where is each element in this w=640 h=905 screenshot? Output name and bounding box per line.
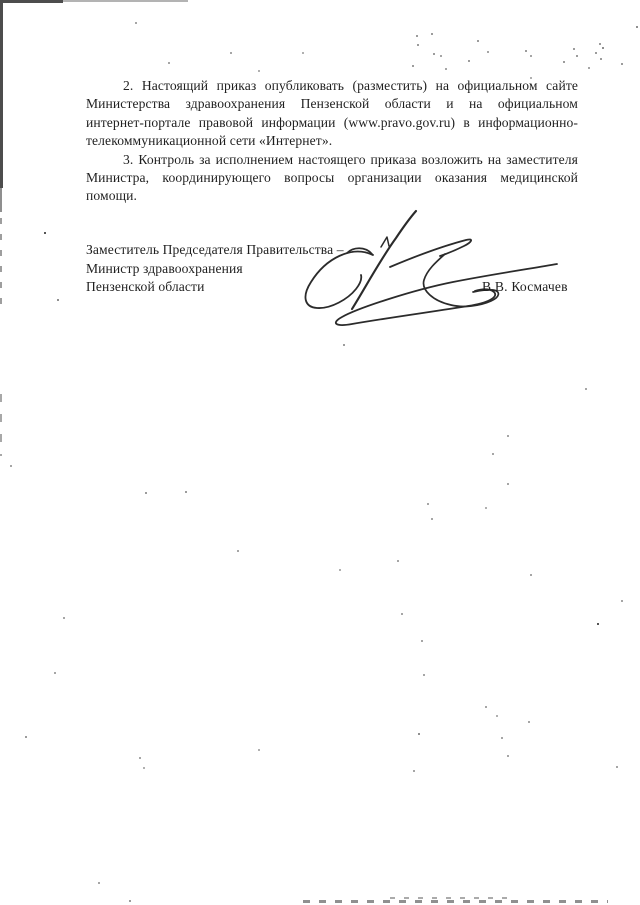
- text-line: телекоммуникационной сети «Интернет».: [86, 132, 578, 150]
- text-line: Министерства здравоохранения Пензенской …: [86, 95, 578, 113]
- text-line: 2. Настоящий приказ опубликовать (размес…: [86, 77, 578, 95]
- text-line: Министра, координирующего вопросы органи…: [86, 169, 578, 187]
- text-line: 3. Контроль за исполнением настоящего пр…: [86, 151, 578, 169]
- text-line: интернет-портале правовой информации (ww…: [86, 114, 578, 132]
- scan-edge-artifact-left-dashes: [0, 218, 2, 310]
- order-item-2: 2. Настоящий приказ опубликовать (размес…: [86, 77, 578, 151]
- order-body: 2. Настоящий приказ опубликовать (размес…: [86, 77, 578, 206]
- scan-bottom-noise: [390, 897, 510, 899]
- scan-specks: [0, 0, 2, 2]
- signatory-name: В.В. Космачев: [482, 279, 568, 295]
- signature-autograph-icon: [288, 198, 588, 343]
- scan-bottom-noise: [303, 900, 608, 903]
- scan-edge-artifact-top-gray: [63, 0, 188, 2]
- scanned-document-page: 2. Настоящий приказ опубликовать (размес…: [0, 0, 640, 905]
- scan-edge-artifact-left-fade: [0, 188, 2, 212]
- scan-edge-artifact-left-dashes: [0, 394, 2, 456]
- scan-edge-artifact-top-dark: [0, 0, 63, 3]
- scan-edge-artifact-left-dark: [0, 0, 3, 188]
